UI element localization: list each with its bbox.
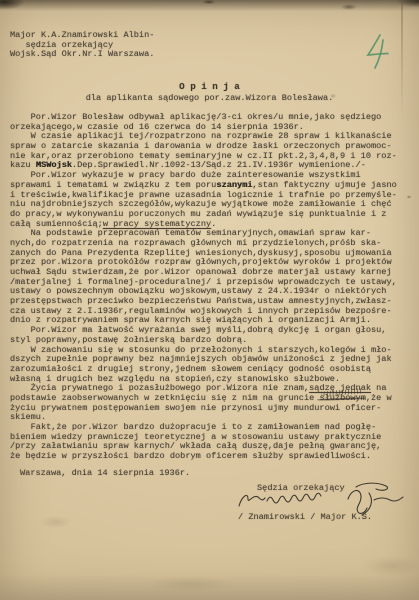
letterhead: Major K.A.Znamirowski Albin- sędzia orze…: [10, 31, 154, 60]
date-line: Warszawa, dnia 14 sierpnia 1936r.: [10, 469, 190, 479]
text-segment: podstawie zaobserwowanych w zetknięciu s…: [10, 393, 319, 403]
text-segment: ,że w: [366, 393, 392, 403]
signature-typed-name: / Znamirowski / Major K.S.: [238, 513, 372, 523]
scribbled-out-text: służbowym: [319, 394, 365, 404]
handwritten-4-icon: [366, 32, 392, 72]
text-segment: Życia prywatnego i pozasłużbowego por.Wi…: [10, 383, 309, 393]
paper-top-edge-shadow: [0, 0, 419, 18]
signature-block: Sędzia orzekający / Znamirowski / Major …: [0, 482, 419, 542]
text-segment: .Dep.Sprawiedl.Nr.1092-13/Sąd.z 21.IV.19…: [72, 160, 366, 170]
document-subtitle: dla aplikanta sądowego por.zaw.Wizora Bo…: [0, 93, 419, 104]
title-block: O p i n j a dla aplikanta sądowego por.z…: [0, 80, 419, 104]
text-segment: ,stan faktyczny ujmuje jasno: [252, 180, 396, 190]
handwritten-signature-icon: [236, 480, 408, 516]
document-body: Por.Wizor Bolesław odbywał aplikację/3-c…: [10, 113, 417, 462]
text-segment: sprawami i tematami w związku z tem poru: [10, 180, 216, 190]
scanned-document-page: Major K.A.Znamirowski Albin- sędzia orze…: [0, 0, 419, 600]
overstruck-text: MSWojsk: [36, 160, 72, 170]
text-line: że będzie w przyszłości bardzo dobrym of…: [10, 452, 417, 462]
text-segment: kazu: [10, 160, 36, 170]
text-segment: na: [371, 383, 386, 393]
page-number-annotation: [366, 32, 392, 77]
text-line: życiu prywatnem postępowaniem swojem nie…: [10, 404, 417, 414]
letterhead-line: Wojsk.Sąd Okr.Nr.I Warszawa.: [10, 50, 154, 60]
document-title: O p i n j a: [0, 80, 419, 93]
paper-bottom-shadow: [0, 574, 419, 600]
overstruck-text: szanymi: [216, 180, 252, 190]
